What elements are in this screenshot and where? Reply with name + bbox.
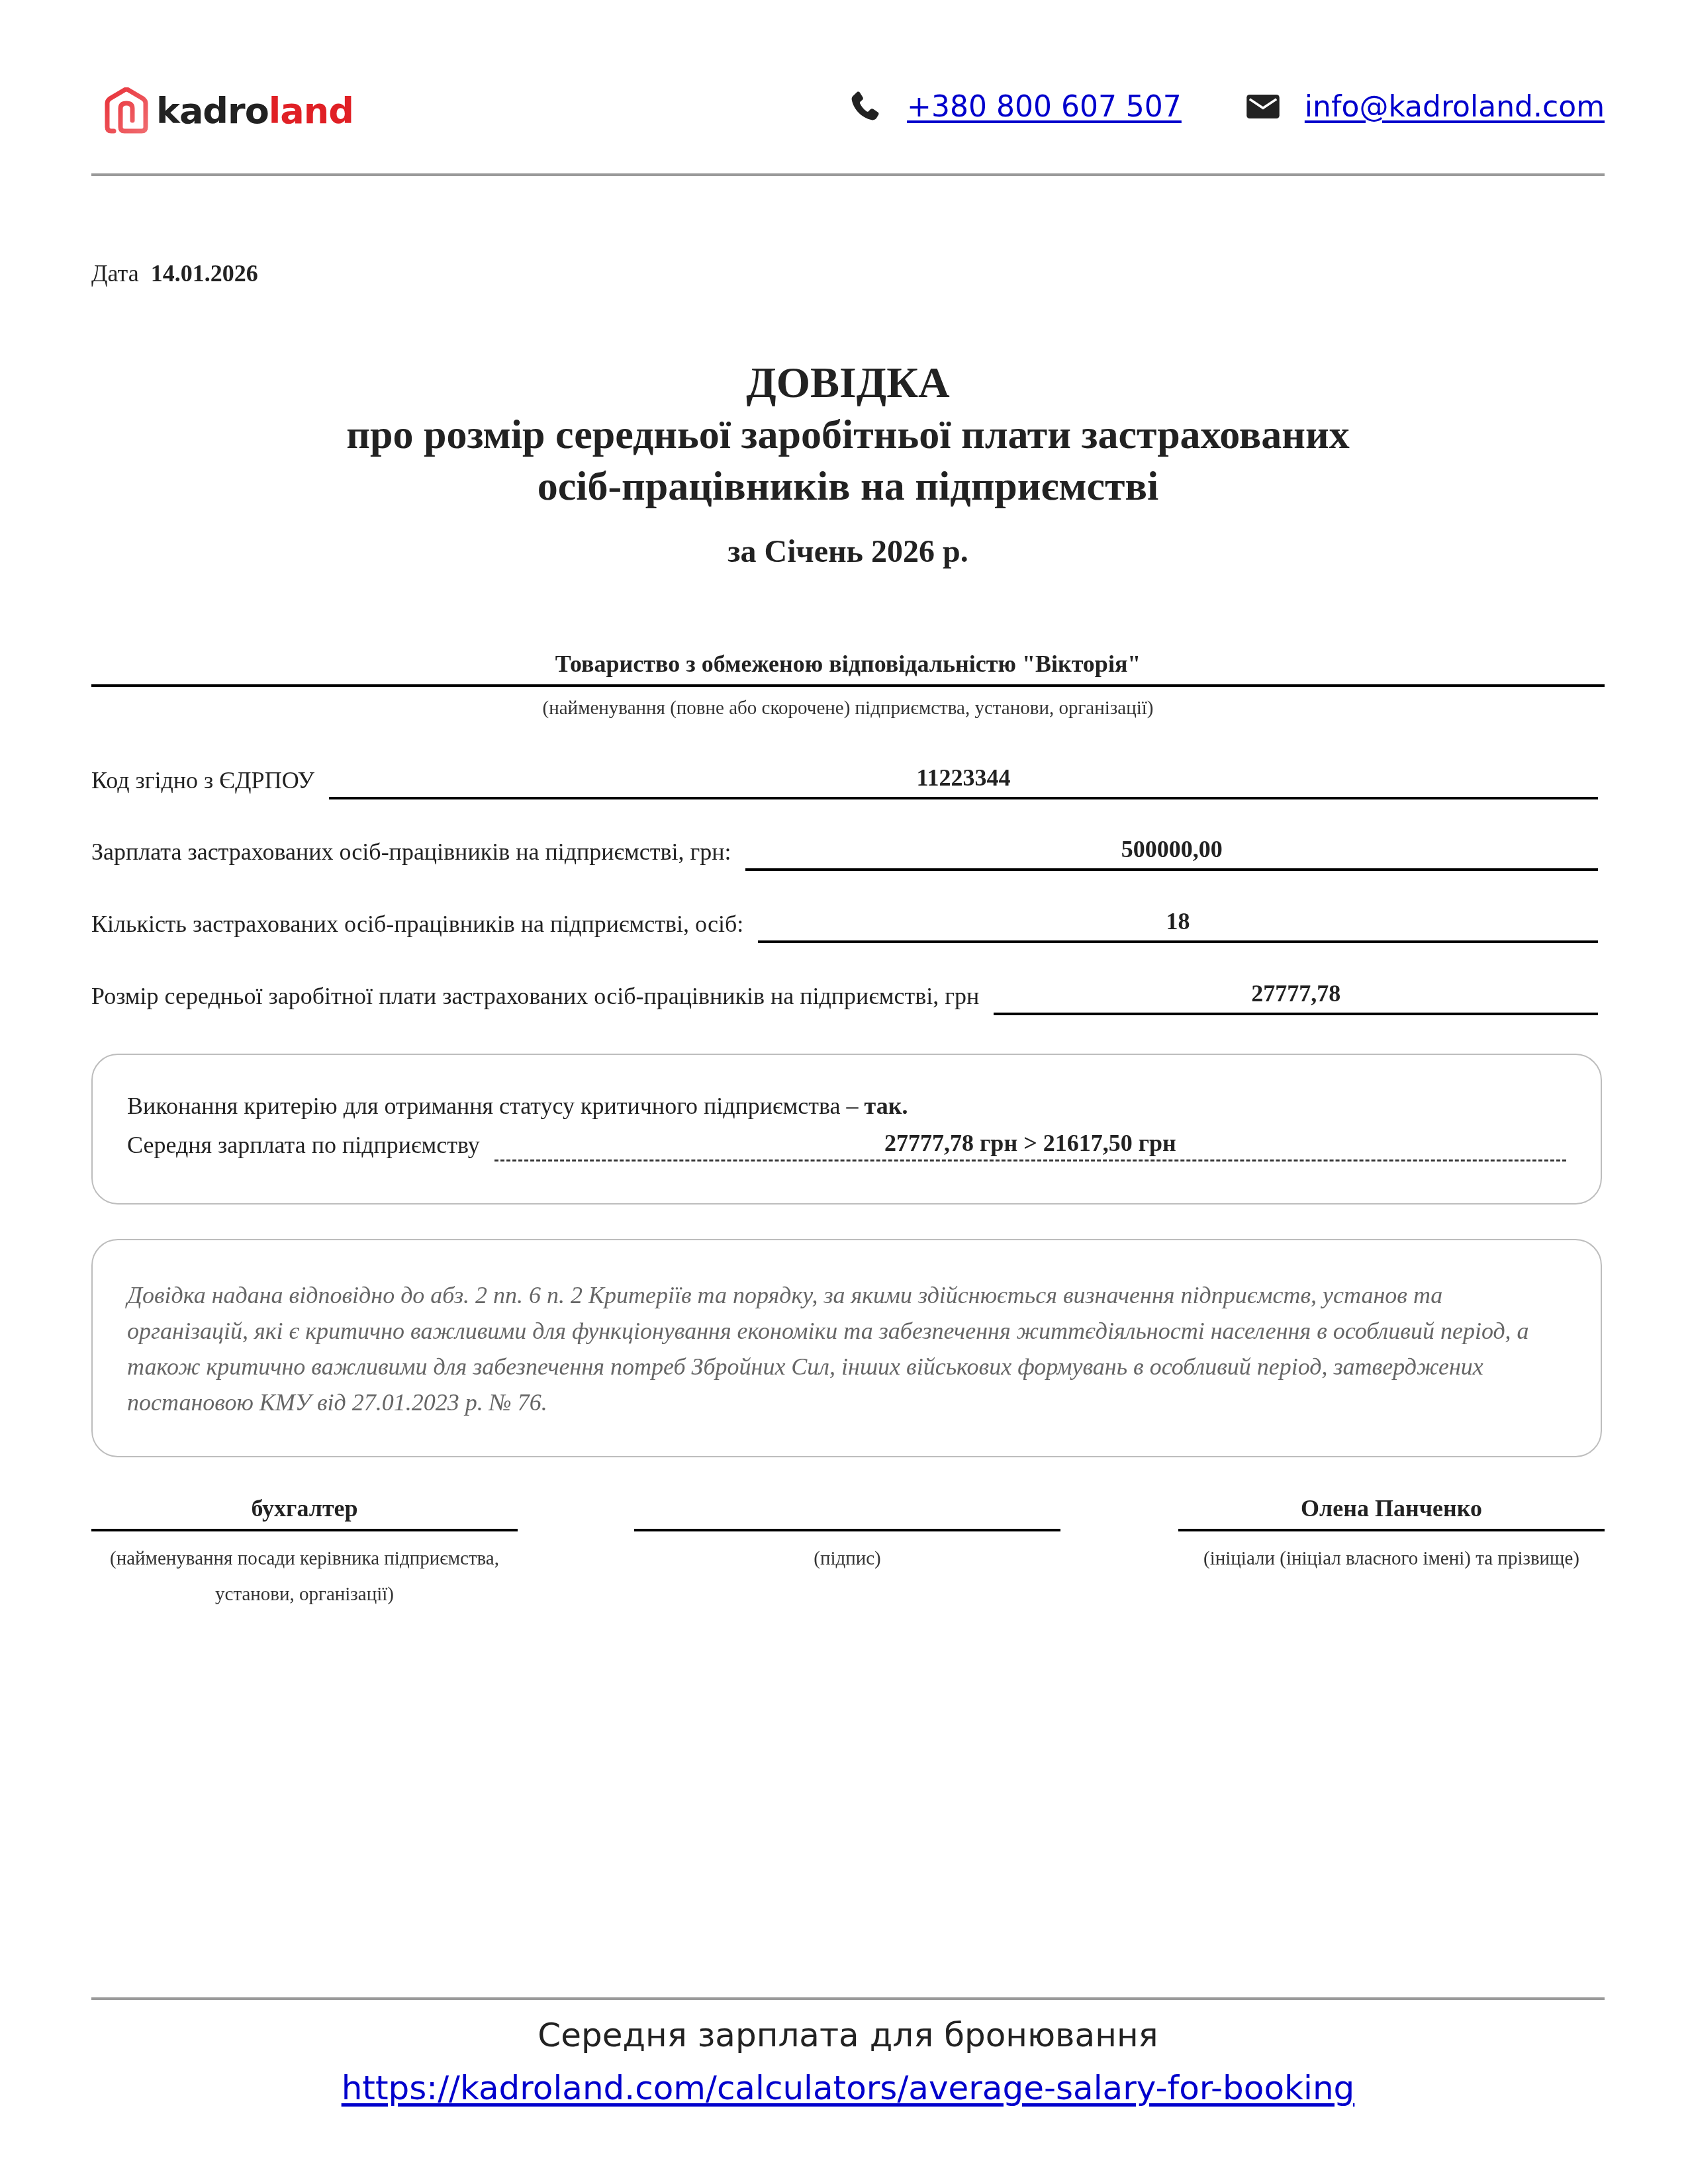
criteria-result: так. bbox=[865, 1093, 908, 1119]
phone-icon bbox=[847, 89, 883, 124]
organization-name: Товариство з обмеженою відповідальністю … bbox=[91, 650, 1605, 687]
comparison-label: Середня зарплата по підприємству bbox=[127, 1131, 480, 1161]
signature-position: бухгалтер (найменування посади керівника… bbox=[91, 1494, 518, 1612]
organization-block: Товариство з обмеженою відповідальністю … bbox=[91, 650, 1605, 719]
field-average-salary: Розмір середньої заробітної плати застра… bbox=[91, 979, 1598, 1015]
field-label: Код згідно з ЄДРПОУ bbox=[91, 766, 314, 799]
legal-note-text: Довідка надана відповідно до абз. 2 пп. … bbox=[127, 1277, 1566, 1420]
field-value: 27777,78 bbox=[994, 979, 1598, 1015]
logo-text: kadroland bbox=[156, 93, 353, 129]
phone-link[interactable]: +380 800 607 507 bbox=[907, 90, 1182, 124]
footer-title: Середня зарплата для бронювання bbox=[91, 2016, 1605, 2054]
field-label: Кількість застрахованих осіб-працівників… bbox=[91, 910, 743, 943]
contacts: +380 800 607 507 info@kadroland.com bbox=[847, 89, 1605, 124]
field-value: 18 bbox=[758, 907, 1598, 943]
organization-caption: (найменування (повне або скорочене) підп… bbox=[91, 698, 1605, 719]
legal-note-box: Довідка надана відповідно до абз. 2 пп. … bbox=[91, 1239, 1602, 1457]
email-contact: info@kadroland.com bbox=[1245, 89, 1605, 124]
signature-caption: (підпис) bbox=[634, 1541, 1060, 1576]
title-main: ДОВІДКА bbox=[91, 357, 1605, 409]
kadroland-house-logo-icon bbox=[105, 87, 148, 135]
date-value: 14.01.2026 bbox=[151, 260, 258, 287]
criteria-box: Виконання критерію для отримання статусу… bbox=[91, 1054, 1602, 1205]
position-value: бухгалтер bbox=[91, 1494, 518, 1531]
field-employee-count: Кількість застрахованих осіб-працівників… bbox=[91, 907, 1598, 943]
document-title: ДОВІДКА про розмір середньої заробітньої… bbox=[91, 357, 1605, 570]
title-line-2: осіб-працівників на підприємстві bbox=[91, 461, 1605, 512]
footer-divider bbox=[91, 1997, 1605, 2000]
phone-contact: +380 800 607 507 bbox=[847, 89, 1182, 124]
comparison-value: 27777,78 грн > 21617,50 грн bbox=[494, 1129, 1566, 1161]
footer-link-wrapper: https://kadroland.com/calculators/averag… bbox=[91, 2069, 1605, 2107]
average-salary-comparison: Середня зарплата по підприємству 27777,7… bbox=[127, 1129, 1566, 1161]
date-label: Дата bbox=[91, 260, 139, 287]
email-link[interactable]: info@kadroland.com bbox=[1305, 90, 1605, 124]
title-period: за Січень 2026 р. bbox=[91, 533, 1605, 570]
field-value: 11223344 bbox=[329, 764, 1598, 799]
name-value: Олена Панченко bbox=[1178, 1494, 1605, 1531]
header: kadroland +380 800 607 507 info@kadrolan… bbox=[91, 79, 1605, 176]
header-divider bbox=[91, 173, 1605, 176]
signature-line bbox=[634, 1494, 1060, 1531]
field-edrpou: Код згідно з ЄДРПОУ 11223344 bbox=[91, 764, 1598, 799]
criteria-statement: Виконання критерію для отримання статусу… bbox=[127, 1092, 1566, 1120]
signature-sign: (підпис) bbox=[634, 1494, 1060, 1576]
signature-name: Олена Панченко (ініціали (ініціал власно… bbox=[1178, 1494, 1605, 1576]
field-value: 500000,00 bbox=[745, 835, 1598, 871]
field-total-salary: Зарплата застрахованих осіб-працівників … bbox=[91, 835, 1598, 871]
logo[interactable]: kadroland bbox=[105, 87, 353, 135]
envelope-icon bbox=[1245, 89, 1281, 124]
field-label: Зарплата застрахованих осіб-працівників … bbox=[91, 838, 731, 871]
field-label: Розмір середньої заробітної плати застра… bbox=[91, 982, 979, 1015]
name-caption: (ініціали (ініціал власного імені) та пр… bbox=[1178, 1541, 1605, 1576]
document-date: Дата14.01.2026 bbox=[91, 259, 258, 287]
title-line-1: про розмір середньої заробітньої плати з… bbox=[91, 409, 1605, 461]
calculator-link[interactable]: https://kadroland.com/calculators/averag… bbox=[342, 2069, 1355, 2107]
position-caption: (найменування посади керівника підприємс… bbox=[91, 1541, 518, 1612]
